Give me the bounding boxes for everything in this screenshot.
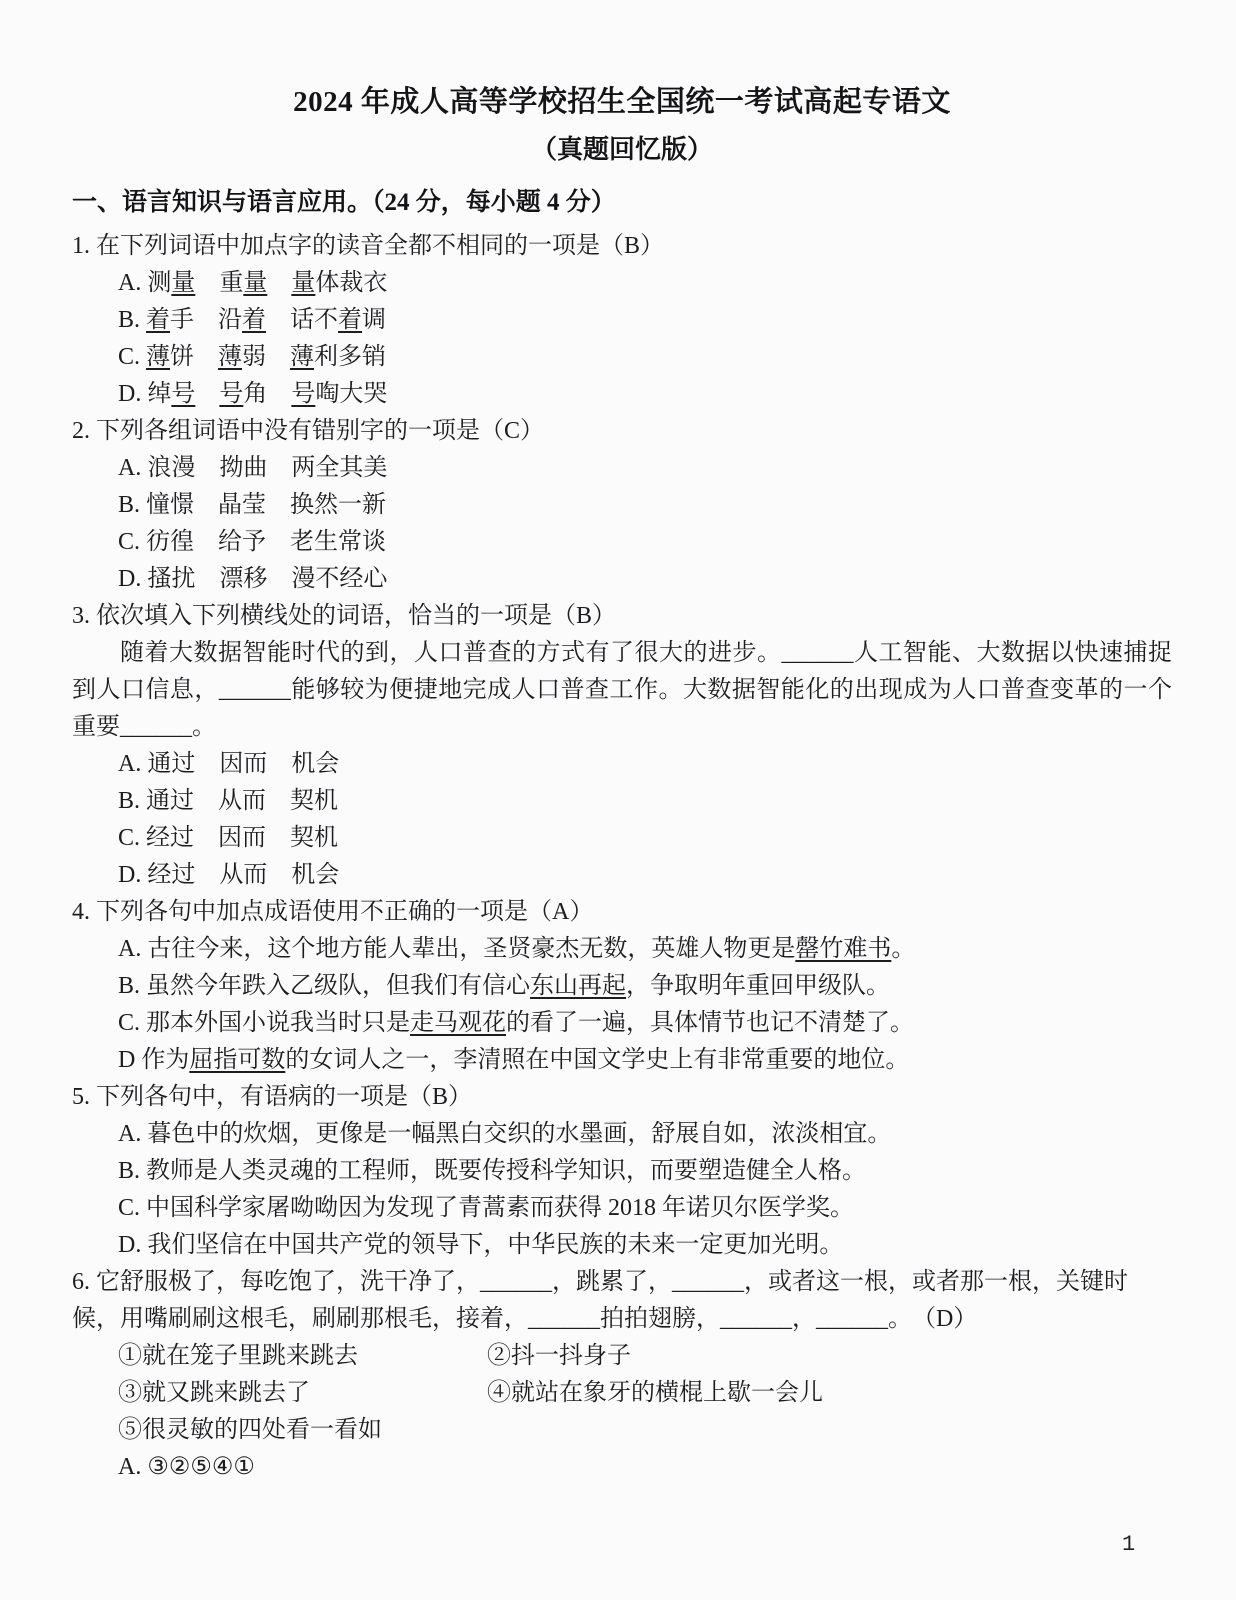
- question-3-option-c: C. 经过 因而 契机: [72, 820, 1172, 857]
- section-heading: 一、语言知识与语言应用。（24 分，每小题 4 分）: [72, 184, 1172, 222]
- question-1-option-b: B. 着手 沿着 话不着调: [72, 302, 1172, 339]
- question-5-stem: 5. 下列各句中，有语病的一项是（B）: [72, 1079, 1172, 1116]
- question-3-passage: 随着大数据智能时代的到，人口普查的方式有了很大的进步。______人工智能、大数…: [72, 635, 1172, 746]
- page-number: 1: [1122, 1526, 1135, 1563]
- question-5-option-b: B. 教师是人类灵魂的工程师，既要传授科学知识，而要塑造健全人格。: [72, 1153, 1172, 1190]
- question-3-stem: 3. 依次填入下列横线处的词语，恰当的一项是（B）: [72, 598, 1172, 635]
- question-4-stem: 4. 下列各句中加点成语使用不正确的一项是（A）: [72, 894, 1172, 931]
- question-1: 1. 在下列词语中加点字的读音全都不相同的一项是（B） A. 测量 重量 量体裁…: [72, 228, 1172, 413]
- question-2-option-d: D. 搔扰 漂移 漫不经心: [72, 561, 1172, 598]
- question-2: 2. 下列各组词语中没有错别字的一项是（C） A. 浪漫 拗曲 两全其美 B. …: [72, 413, 1172, 598]
- question-4-option-a: A. 古往今来，这个地方能人辈出，圣贤豪杰无数，英雄人物更是罄竹难书。: [72, 931, 1172, 968]
- question-5-option-d: D. 我们坚信在中国共产党的领导下，中华民族的未来一定更加光明。: [72, 1227, 1172, 1264]
- question-2-option-a: A. 浪漫 拗曲 两全其美: [72, 450, 1172, 487]
- question-5: 5. 下列各句中，有语病的一项是（B） A. 暮色中的炊烟，更像是一幅黑白交织的…: [72, 1079, 1172, 1264]
- question-3-option-a: A. 通过 因而 机会: [72, 746, 1172, 783]
- question-6: 6. 它舒服极了，每吃饱了，洗干净了，______，跳累了，______，或者这…: [72, 1264, 1172, 1486]
- question-2-option-c: C. 彷徨 给予 老生常谈: [72, 524, 1172, 561]
- question-4-option-b: B. 虽然今年跌入乙级队，但我们有信心东山再起，争取明年重回甲级队。: [72, 968, 1172, 1005]
- question-3: 3. 依次填入下列横线处的词语，恰当的一项是（B） 随着大数据智能时代的到，人口…: [72, 598, 1172, 894]
- question-5-option-c: C. 中国科学家屠呦呦因为发现了青蒿素而获得 2018 年诺贝尔医学奖。: [72, 1190, 1172, 1227]
- question-6-items: ①就在笼子里跳来跳去 ②抖一抖身子 ③就又跳来跳去了 ④就站在象牙的横棍上歇一会…: [72, 1338, 1172, 1449]
- question-4-option-c: C. 那本外国小说我当时只是走马观花的看了一遍，具体情节也记不清楚了。: [72, 1005, 1172, 1042]
- question-1-option-a: A. 测量 重量 量体裁衣: [72, 265, 1172, 302]
- question-6-item-4: ④就站在象牙的横棍上歇一会儿: [487, 1375, 1172, 1412]
- question-3-option-d: D. 经过 从而 机会: [72, 857, 1172, 894]
- question-6-item-2: ②抖一抖身子: [487, 1338, 1172, 1375]
- question-4: 4. 下列各句中加点成语使用不正确的一项是（A） A. 古往今来，这个地方能人辈…: [72, 894, 1172, 1079]
- question-5-option-a: A. 暮色中的炊烟，更像是一幅黑白交织的水墨画，舒展自如，浓淡相宜。: [72, 1116, 1172, 1153]
- page-title: 2024 年成人高等学校招生全国统一考试高起专语文: [72, 80, 1172, 124]
- question-1-stem: 1. 在下列词语中加点字的读音全都不相同的一项是（B）: [72, 228, 1172, 265]
- page-subtitle: （真题回忆版）: [72, 130, 1172, 170]
- question-4-option-d: D 作为屈指可数的女词人之一，李清照在中国文学史上有非常重要的地位。: [72, 1042, 1172, 1079]
- question-6-item-3: ③就又跳来跳去了: [118, 1375, 487, 1412]
- question-6-item-1: ①就在笼子里跳来跳去: [118, 1338, 487, 1375]
- question-1-option-c: C. 薄饼 薄弱 薄利多销: [72, 339, 1172, 376]
- question-6-item-5: ⑤很灵敏的四处看一看如: [118, 1412, 487, 1449]
- question-1-option-d: D. 绰号 号角 号啕大哭: [72, 376, 1172, 413]
- question-3-option-b: B. 通过 从而 契机: [72, 783, 1172, 820]
- question-6-answer-line: A. ③②⑤④①: [72, 1449, 1172, 1486]
- exam-paper-page: 2024 年成人高等学校招生全国统一考试高起专语文 （真题回忆版） 一、语言知识…: [0, 0, 1236, 1600]
- question-2-stem: 2. 下列各组词语中没有错别字的一项是（C）: [72, 413, 1172, 450]
- question-6-stem: 6. 它舒服极了，每吃饱了，洗干净了，______，跳累了，______，或者这…: [72, 1264, 1172, 1338]
- question-2-option-b: B. 憧憬 晶莹 换然一新: [72, 487, 1172, 524]
